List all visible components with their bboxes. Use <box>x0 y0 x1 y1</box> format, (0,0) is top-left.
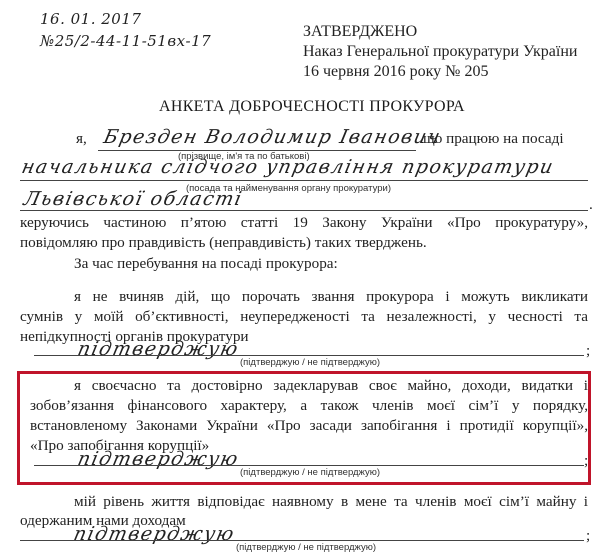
handwritten-name[interactable]: Брезден Володимир Іванович <box>102 126 444 148</box>
position-underline-2 <box>20 210 588 211</box>
approval-order-line: Наказ Генеральної прокуратури України <box>303 42 577 62</box>
statement-2-line3: встановленому Законами України «Про заса… <box>30 417 588 435</box>
statement-1-underline <box>34 355 584 356</box>
statement-2-terminator: ; <box>584 452 588 470</box>
during-service-heading: За час перебування на посаді прокурора: <box>74 255 338 273</box>
intro-suffix: що працюю на посаді <box>423 130 564 148</box>
statement-3-underline <box>20 540 584 541</box>
statement-3-caption: (підтверджую / не підтверджую) <box>236 542 376 553</box>
handwritten-date: 16. 01. 2017 <box>40 10 141 28</box>
intro-prefix: я, <box>76 130 87 148</box>
document-title: АНКЕТА ДОБРОЧЕСНОСТІ ПРОКУРОРА <box>159 98 465 116</box>
statement-2-underline <box>34 465 584 466</box>
approval-heading: ЗАТВЕРДЖЕНО <box>303 22 577 42</box>
statement-2-line2: зобов’язання фінансового характеру, а та… <box>30 397 588 415</box>
approval-date-line: 16 червня 2016 року № 205 <box>303 62 577 82</box>
statement-3-terminator: ; <box>586 527 590 545</box>
approval-block: ЗАТВЕРДЖЕНО Наказ Генеральної прокуратур… <box>303 22 577 82</box>
handwritten-position-line2[interactable]: Львівської області <box>22 188 245 210</box>
statement-2-caption: (підтверджую / не підтверджую) <box>240 467 380 478</box>
statement-3-line1: мій рівень життя відповідає наявному в м… <box>74 493 588 511</box>
intro-paragraph-line1: керуючись частиною п’ятою статті 19 Зако… <box>20 214 588 232</box>
statement-3-answer[interactable]: підтверджую <box>72 523 237 545</box>
statement-1-terminator: ; <box>586 342 590 360</box>
statement-2-answer[interactable]: підтверджую <box>76 448 241 470</box>
statement-1-line1: я не вчиняв дій, що порочать звання прок… <box>74 288 588 306</box>
position-underline-1 <box>20 180 588 181</box>
intro-paragraph-line2: повідомляю про правдивість (неправдивіст… <box>20 234 427 252</box>
statement-2-line1: я своєчасно та достовірно задекларував с… <box>74 377 588 395</box>
position-period: . <box>589 196 593 214</box>
handwritten-position-line1[interactable]: начальника слідчого управління прокурату… <box>20 156 557 178</box>
handwritten-registration-number: №25/2-44-11-51вх-17 <box>40 32 211 50</box>
statement-1-caption: (підтверджую / не підтверджую) <box>240 357 380 368</box>
statement-1-answer[interactable]: підтверджую <box>76 338 241 360</box>
statement-1-line2: сумнів у моїй об’єктивності, неупереджен… <box>20 308 588 326</box>
